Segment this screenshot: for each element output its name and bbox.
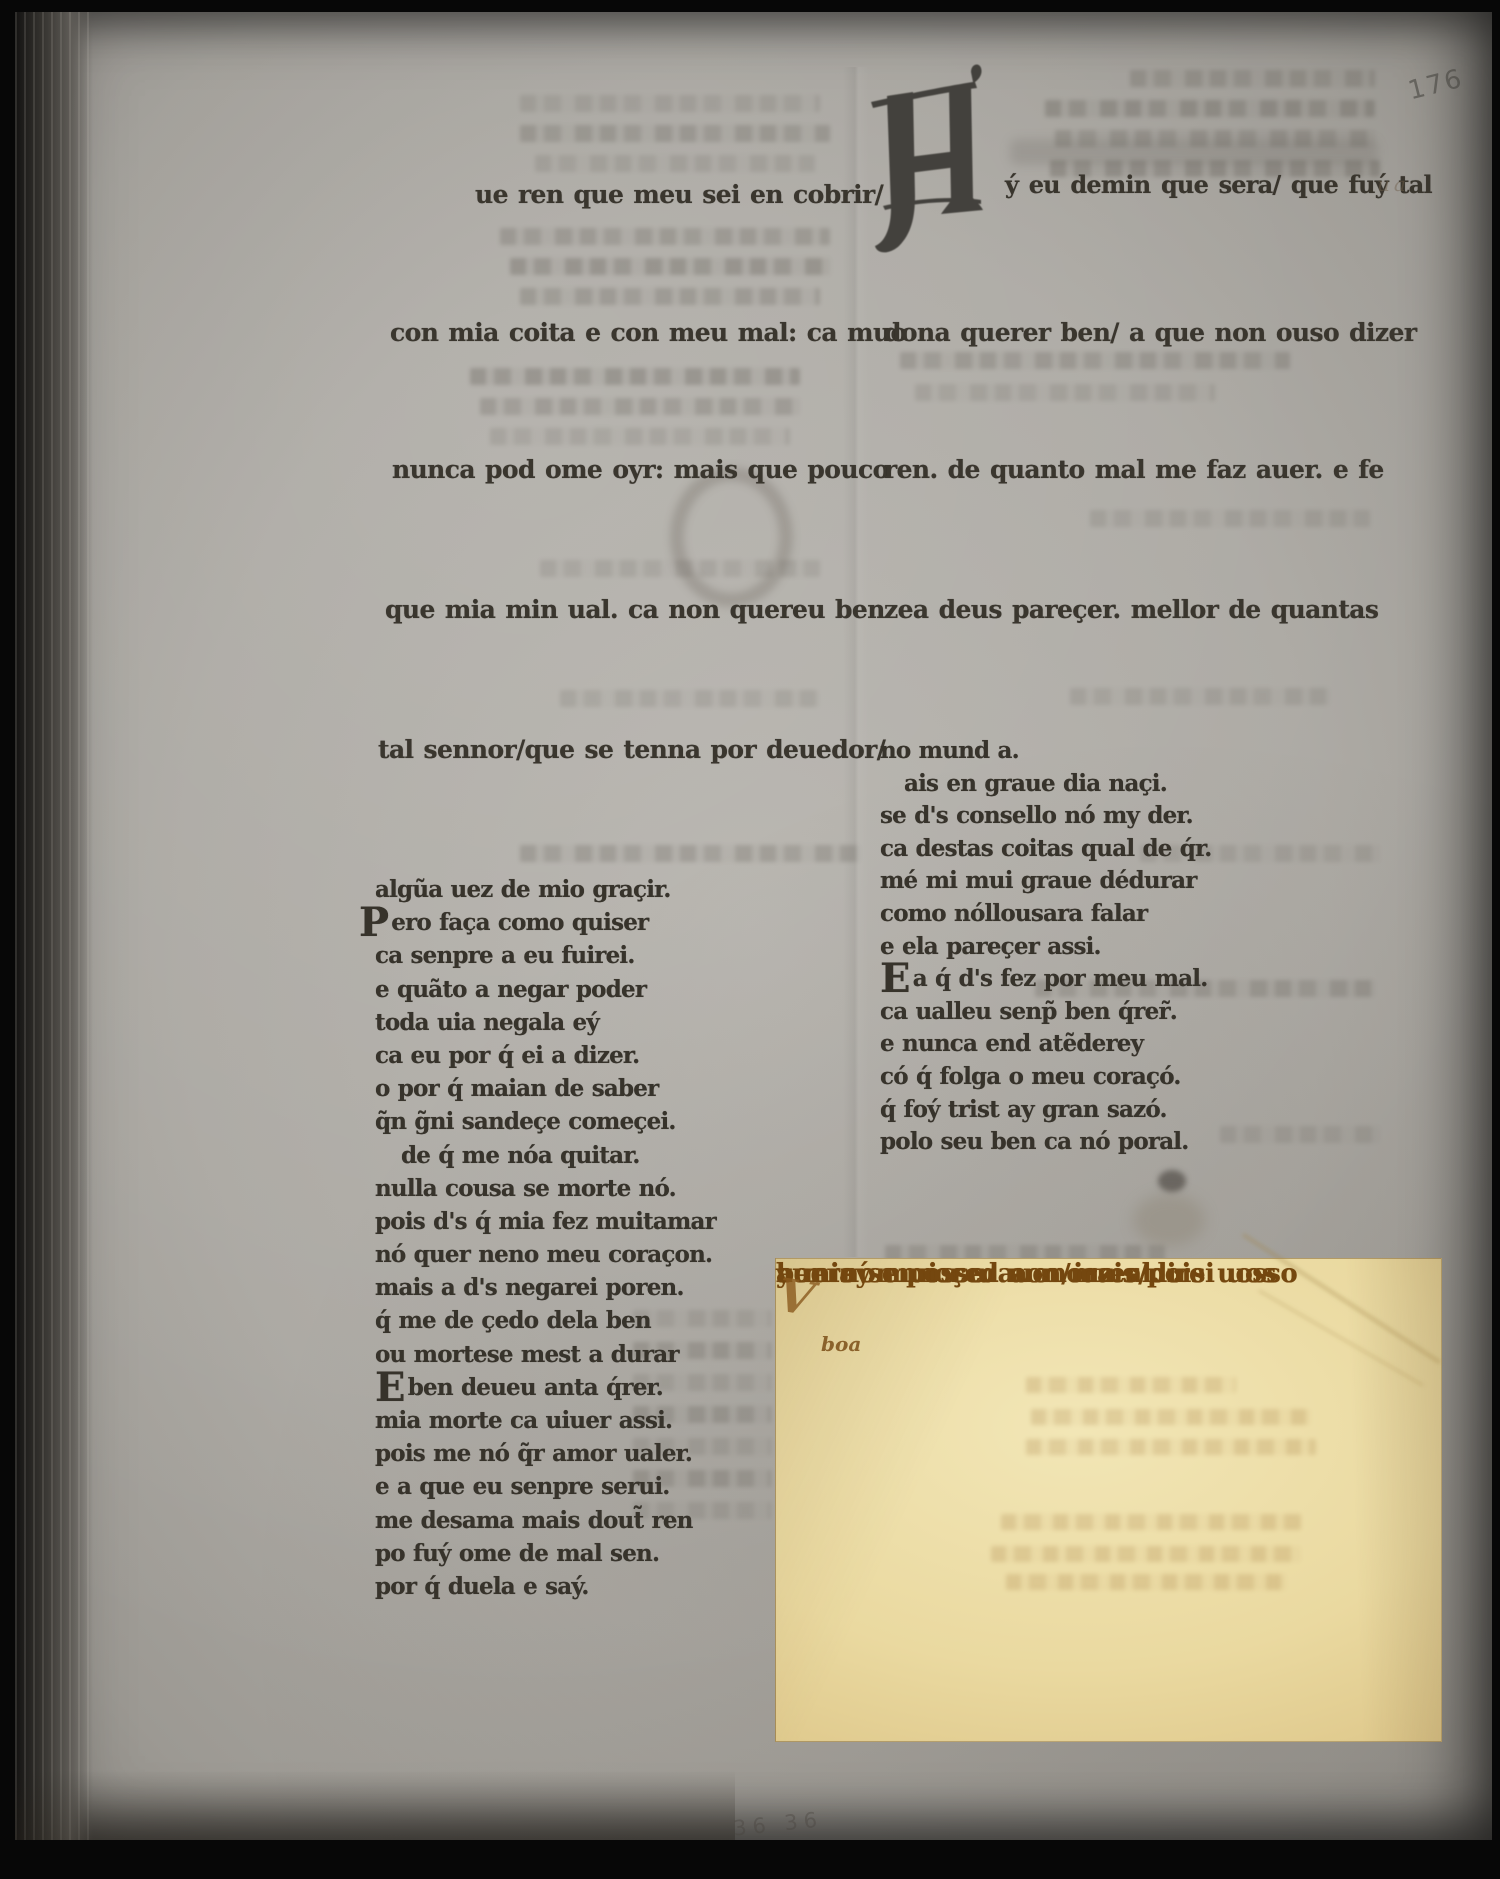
erased-smear xyxy=(1010,139,1378,165)
text-line: q̃n g̃ni sandeçe começei. xyxy=(375,1105,716,1138)
line-text: ais en graue dia naçi. xyxy=(904,770,1167,797)
text-line: q́ foý trist ay gran sazó. xyxy=(880,1094,1212,1127)
show-through-text xyxy=(1220,1126,1380,1143)
verse-line-first: ý eu demin que sera/ que fuý tal xyxy=(1005,170,1432,199)
text-line: mé mi mui graue dédurar xyxy=(880,865,1212,898)
right-column-spaced-lines: dona querer ben/ a que non ouso dizerren… xyxy=(884,318,1404,678)
text-line: Ea q́ d's fez por meu mal. xyxy=(880,963,1212,996)
verse-line: ren. de quanto mal me faz auer. e fe xyxy=(884,455,1384,484)
line-text: por q́ duela e saý. xyxy=(375,1573,589,1600)
line-text: có q́ folga o meu coraçó. xyxy=(880,1063,1181,1090)
manuscript-photo: ý eu demin que sera/ que fuý tal ue ren … xyxy=(0,0,1500,1879)
text-line: ou mortese mest a durar xyxy=(375,1338,716,1371)
show-through-text xyxy=(1070,688,1330,705)
line-text: nulla cousa se morte nó. xyxy=(375,1175,676,1202)
text-line: ca senpre a eu fuirei. xyxy=(375,939,716,972)
text-line: có q́ folga o meu coraçó. xyxy=(880,1061,1212,1094)
show-through-text xyxy=(1001,1514,1301,1530)
text-line: no mund a. xyxy=(880,735,1212,768)
line-text: mé mi mui graue dédurar xyxy=(880,867,1197,894)
line-text: se d's consello nó my der. xyxy=(880,802,1193,829)
line-text: de q́ me nóa quitar. xyxy=(401,1142,640,1169)
show-through-text xyxy=(1130,70,1375,87)
line-text: q́ foý trist ay gran sazó. xyxy=(880,1096,1167,1123)
show-through-text xyxy=(1045,100,1375,117)
line-text: nó quer neno meu coraçon. xyxy=(375,1241,712,1268)
show-through-text xyxy=(520,845,860,862)
line-text: a q́ d's fez por meu mal. xyxy=(913,965,1208,992)
text-line: nulla cousa se morte nó. xyxy=(375,1172,716,1205)
text-line: de q́ me nóa quitar. xyxy=(375,1139,716,1172)
text-line: o por q́ maian de saber xyxy=(375,1072,716,1105)
show-through-text xyxy=(1006,1574,1286,1590)
text-line: e ela pareçer assi. xyxy=(880,931,1212,964)
line-text: toda uia negala eý xyxy=(375,1009,599,1036)
show-through-text xyxy=(520,125,830,142)
verse-line: ue ren que meu sei en cobrir/ xyxy=(475,180,883,209)
verse-line: zea deus pareçer. mellor de quantas xyxy=(884,595,1378,624)
line-text: ca ualleu senp̃ ben q́rer̃. xyxy=(880,998,1177,1025)
text-line: ca destas coitas qual de q́r. xyxy=(880,833,1212,866)
show-through-text xyxy=(1026,1439,1316,1455)
verse-line: con mia coita e con meu mal: ca muo xyxy=(390,318,907,347)
line-text: ca senpre a eu fuirei. xyxy=(375,942,635,969)
line-text: polo seu ben ca nó poral. xyxy=(880,1128,1188,1155)
line-text: po fuý ome de mal sen. xyxy=(375,1540,659,1567)
text-line: nó quer neno meu coraçon. xyxy=(375,1238,716,1271)
text-line: pois me nó q̃r amor ualer. xyxy=(375,1437,716,1470)
line-text: me desama mais dout̃ ren xyxy=(375,1507,693,1534)
text-line: toda uia negala eý xyxy=(375,1006,716,1039)
verse-line: nunca pod ome oyr: mais que pouco xyxy=(392,455,889,484)
page-stack-bottom-edge xyxy=(15,1770,735,1840)
line-text: ca destas coitas qual de q́r. xyxy=(880,835,1212,862)
text-line: me desama mais dout̃ ren xyxy=(375,1504,716,1537)
line-text: o por q́ maian de saber xyxy=(375,1075,658,1102)
text-line: Pero faça como quiser xyxy=(359,906,716,939)
show-through-text xyxy=(1026,1377,1236,1393)
text-line: ais en graue dia naçi. xyxy=(880,768,1212,801)
verse-line: dona querer ben/ a que non ouso dizer xyxy=(884,318,1416,347)
text-line: algũa uez de mio graçir. xyxy=(375,873,716,906)
line-text: ou mortese mest a durar xyxy=(375,1341,679,1368)
text-line: mia morte ca uiuer assi. xyxy=(375,1404,716,1437)
stain xyxy=(1133,1194,1205,1246)
faint-margin-mark: ua xyxy=(1377,172,1410,196)
inset-verse-line: ben non posso auer/mais direi uos xyxy=(776,1259,1276,1289)
show-through-text xyxy=(520,95,820,112)
text-line: pois d's q́ mia fez muitamar xyxy=(375,1205,716,1238)
show-through-text xyxy=(535,155,815,172)
bottom-pencil-mark: 36 36 xyxy=(732,1807,824,1840)
text-line: e nunca end atẽderey xyxy=(880,1028,1212,1061)
text-line: ca eu por q́ ei a dizer. xyxy=(375,1039,716,1072)
color-inset-region: y mia sennor u non iaz al. : auereý mui … xyxy=(775,1258,1442,1742)
parchment-page: ý eu demin que sera/ que fuý tal ue ren … xyxy=(15,12,1492,1840)
line-text: como nóllousara falar xyxy=(880,900,1147,927)
line-text: q̃n g̃ni sandeçe começei. xyxy=(375,1108,676,1135)
line-text: ben deueu anta q́rer. xyxy=(408,1374,663,1401)
line-text: e ela pareçer assi. xyxy=(880,933,1101,960)
line-text: e a que eu senpre serui. xyxy=(375,1473,669,1500)
line-text: pois d's q́ mia fez muitamar xyxy=(375,1208,716,1235)
line-text: algũa uez de mio graçir. xyxy=(375,876,671,903)
line-text: mia morte ca uiuer assi. xyxy=(375,1407,672,1434)
left-column-text-block: algũa uez de mio graçir.Pero faça como q… xyxy=(375,873,716,1603)
text-line: se d's consello nó my der. xyxy=(880,800,1212,833)
text-line: polo seu ben ca nó poral. xyxy=(880,1126,1212,1159)
folio-number: 176 xyxy=(1405,64,1466,107)
line-text: mais a d's negarei poren. xyxy=(375,1274,684,1301)
line-text: e quãto a negar poder xyxy=(375,976,646,1003)
marginal-annotation-word: boa xyxy=(821,1332,861,1356)
text-line: ca ualleu senp̃ ben q́rer̃. xyxy=(880,996,1212,1029)
right-column-text-block: no mund a.ais en graue dia naçi.se d's c… xyxy=(880,735,1212,1159)
show-through-text xyxy=(1031,1409,1311,1425)
text-line: como nóllousara falar xyxy=(880,898,1212,931)
line-text: ca eu por q́ ei a dizer. xyxy=(375,1042,639,1069)
line-text: q́ me de çedo dela ben xyxy=(375,1307,651,1334)
show-through-text xyxy=(991,1546,1301,1562)
line-text: ero faça como quiser xyxy=(391,909,648,936)
text-line: q́ me de çedo dela ben xyxy=(375,1304,716,1337)
text-line: po fuý ome de mal sen. xyxy=(375,1537,716,1570)
text-line: por q́ duela e saý. xyxy=(375,1570,716,1603)
left-column-spaced-lines: ue ren que meu sei en cobrir/con mia coi… xyxy=(360,180,900,800)
book-binding-edge xyxy=(15,12,93,1840)
text-line: mais a d's negarei poren. xyxy=(375,1271,716,1304)
verse-line: que mia min ual. ca non quereu ben xyxy=(385,595,885,624)
ink-spot xyxy=(1158,1170,1186,1192)
text-line: e quãto a negar poder xyxy=(375,973,716,1006)
verse-line: tal sennor/que se tenna por deuedor/ xyxy=(378,735,885,764)
text-line: e a que eu senpre serui. xyxy=(375,1470,716,1503)
text-line: Eben deueu anta q́rer. xyxy=(375,1371,716,1404)
line-text: pois me nó q̃r amor ualer. xyxy=(375,1440,692,1467)
line-text: e nunca end atẽderey xyxy=(880,1030,1143,1057)
line-text: no mund a. xyxy=(880,737,1019,764)
